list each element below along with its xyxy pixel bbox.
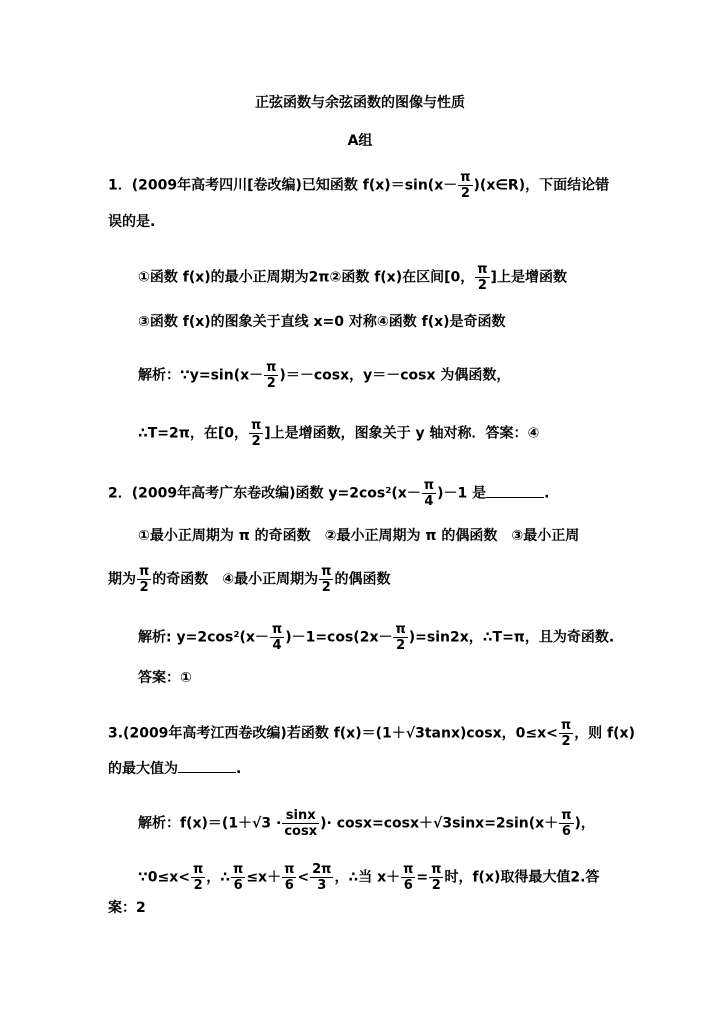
q2-options-2: 期为π2的奇函数 ④最小正周期为π2的偶函数 — [108, 564, 390, 595]
q1-options-2: ③函数 f(x)的图象关于直线 x=0 对称④函数 f(x)是奇函数 — [138, 312, 506, 332]
q3-solution-2: ∵0≤x<π2，∴π6≤x＋π6<2π3，∴当 x＋π6=π2时，f(x)取得最… — [138, 862, 599, 893]
q3-solution-1: 解析：f(x)＝(1＋√3 ·sinxcosx)· cosx=cosx＋√3si… — [138, 808, 595, 839]
q1-stem-cont: 误的是. — [108, 212, 155, 232]
q1-solution-2: ∴T=2π，在[0，π2]上是增函数，图象关于 y 轴对称．答案：④ — [138, 418, 539, 449]
q3-stem-cont: 的最大值为. — [108, 758, 241, 779]
q1-stem: 1．(2009年高考四川[卷改编)已知函数 f(x)＝sin(x－π2)(x∈R… — [108, 170, 609, 201]
q3-stem: 3.(2009年高考江西卷改编)若函数 f(x)＝(1＋√3tanx)cosx，… — [108, 718, 635, 749]
page-title: 正弦函数与余弦函数的图像与性质 — [0, 93, 720, 113]
q1-solution-1: 解析：∵y=sin(x－π2)＝－cosx，y＝－cosx 为偶函数， — [138, 360, 510, 391]
fraction: π2 — [458, 170, 472, 201]
q2-stem: 2．(2009年高考广东卷改编)函数 y=2cos²(x－π4)－1 是. — [108, 478, 549, 509]
group-heading: A组 — [0, 131, 720, 151]
q1-options-1: ①函数 f(x)的最小正周期为2π②函数 f(x)在区间[0，π2]上是增函数 — [138, 262, 567, 293]
q2-answer: 答案：① — [138, 668, 192, 688]
q2-solution: 解析: y=2cos²(x－π4)－1=cos(2x－π2)=sin2x，∴T=… — [138, 622, 614, 653]
q2-options-1: ①最小正周期为 π 的奇函数 ②最小正周期为 π 的偶函数 ③最小正周 — [138, 526, 579, 546]
answer-blank[interactable] — [486, 483, 544, 498]
answer-blank[interactable] — [178, 758, 236, 773]
q3-answer: 案：2 — [108, 898, 146, 918]
